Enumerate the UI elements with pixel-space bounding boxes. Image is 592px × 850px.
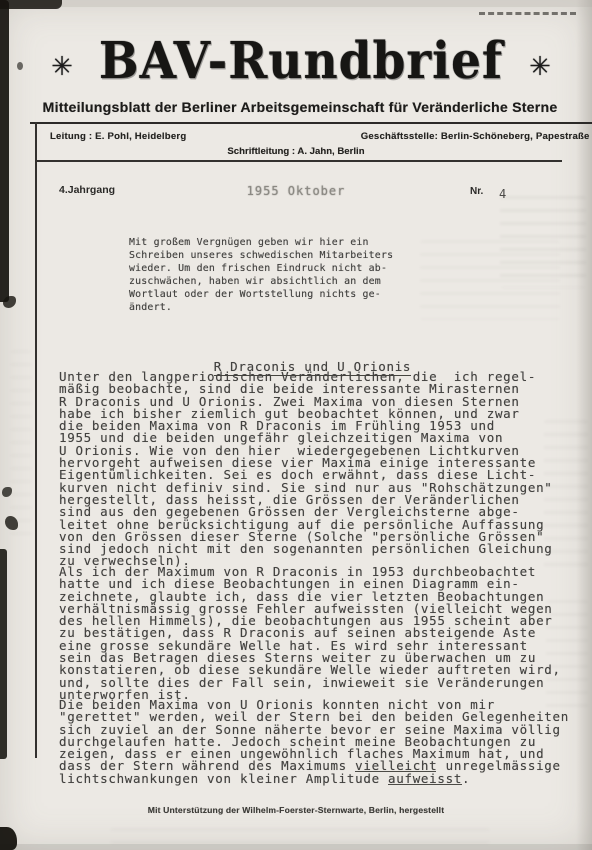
asterisk-ornament-icon: ✳ [51, 51, 73, 82]
scan-artifact [0, 549, 7, 759]
masthead: ✳ BAV-Rundbrief ✳ [30, 36, 572, 88]
bleed-through-texture [110, 828, 490, 844]
article-paragraph: Als ich der Maximum von R Draconis in 19… [59, 566, 561, 701]
scanned-newsletter-page: ✳ BAV-Rundbrief ✳ Mitteilungsblatt der B… [0, 0, 592, 850]
scan-artifact [0, 0, 592, 7]
issue-number-value: 4 [499, 187, 506, 201]
article-paragraph: Die beiden Maxima von U Orionis konnten … [59, 699, 569, 785]
binding-mark [5, 516, 18, 530]
binding-mark [17, 62, 23, 70]
leitung-label: Leitung : E. Pohl, Heidelberg [50, 131, 186, 142]
scan-artifact [0, 0, 62, 9]
scan-artifact [479, 12, 576, 15]
article-paragraph: Unter den langperiodischen Veränderliche… [59, 371, 553, 568]
issue-number-label: Nr. [470, 186, 483, 197]
masthead-info-row: Leitung : E. Pohl, Heidelberg Geschäftss… [50, 131, 592, 142]
schriftleitung-label: Schriftleitung : A. Jahn, Berlin [0, 146, 592, 157]
bleed-through-texture [420, 240, 560, 320]
geschaeftsstelle-label: Geschäftsstelle: Berlin-Schöneberg, Pape… [361, 131, 592, 142]
newsletter-subtitle: Mitteilungsblatt der Berliner Arbeitsgem… [20, 100, 580, 116]
editor-intro-paragraph: Mit großem Vergnügen geben wir hier ein … [129, 236, 393, 315]
scan-artifact [0, 844, 592, 850]
newsletter-title: BAV-Rundbrief [99, 34, 503, 90]
scan-artifact [0, 0, 9, 302]
binding-mark [3, 296, 16, 308]
footer-imprint: Mit Unterstützung der Wilhelm-Foerster-S… [0, 805, 592, 815]
vertical-rule [35, 122, 37, 758]
asterisk-ornament-icon: ✳ [529, 51, 551, 82]
horizontal-rule [30, 122, 592, 124]
scan-artifact [0, 827, 17, 850]
horizontal-rule [35, 160, 562, 162]
